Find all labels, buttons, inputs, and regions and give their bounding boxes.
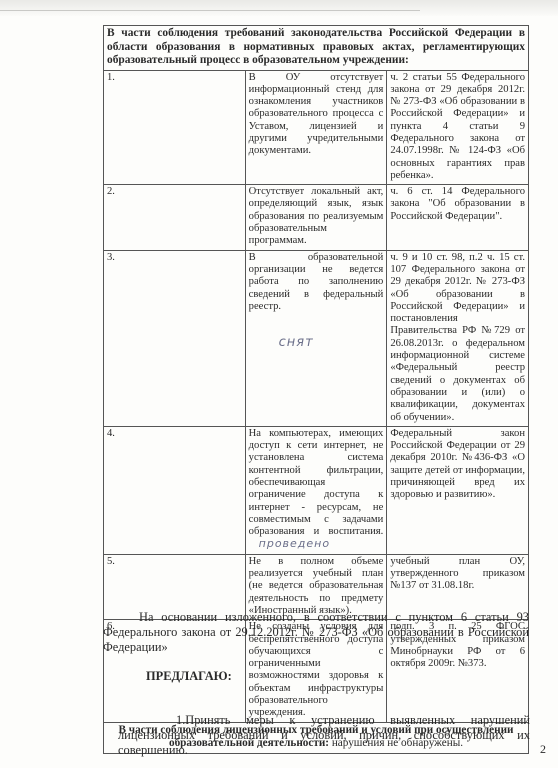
table-header: В части соблюдения требований законодате… bbox=[104, 26, 529, 71]
proposal-heading: ПРЕДЛАГАЮ: bbox=[146, 669, 232, 684]
handwritten-note: проведено bbox=[259, 537, 330, 550]
scan-edge-shadow bbox=[0, 0, 558, 16]
violation-text: В ОУ отсутствует информационный стенд дл… bbox=[245, 70, 387, 185]
row-number: 2. bbox=[104, 185, 246, 250]
violation-cell: В образовательной организации не ведется… bbox=[245, 250, 387, 426]
basis-paragraph: На основании изложенного, в соответствии… bbox=[103, 610, 529, 655]
violation-text: В образовательной организации не ведется… bbox=[249, 252, 384, 312]
proposal-item: 1.Принять меры к устранению выявленных н… bbox=[118, 713, 530, 758]
law-reference: ч. 2 статьи 55 Федерального закона от 29… bbox=[387, 70, 529, 185]
row-number: 1. bbox=[104, 70, 246, 185]
table-row: 4. На компьютерах, имеющих доступ к сети… bbox=[104, 426, 529, 554]
table-header-row: В части соблюдения требований законодате… bbox=[104, 26, 529, 71]
handwritten-note: снят bbox=[279, 337, 384, 349]
law-reference: ч. 6 ст. 14 Федерального закона "Об обра… bbox=[387, 185, 529, 250]
row-number: 4. bbox=[104, 426, 246, 554]
law-reference: ч. 9 и 10 ст. 98, п.2 ч. 15 ст. 107 Феде… bbox=[387, 250, 529, 426]
scan-edge-line bbox=[0, 10, 420, 11]
row-number: 3. bbox=[104, 250, 246, 426]
page-number: 2 bbox=[540, 742, 546, 757]
violation-text: Отсутствует локальный акт, определяющий … bbox=[245, 185, 387, 250]
violation-cell: На компьютерах, имеющих доступ к сети ин… bbox=[245, 426, 387, 554]
violation-text: На компьютерах, имеющих доступ к сети ин… bbox=[249, 428, 384, 537]
table-row: 3. В образовательной организации не веде… bbox=[104, 250, 529, 426]
law-reference: Федеральный закон Российской Федерации о… bbox=[387, 426, 529, 554]
table-row: 1. В ОУ отсутствует информационный стенд… bbox=[104, 70, 529, 185]
table-row: 2. Отсутствует локальный акт, определяющ… bbox=[104, 185, 529, 250]
